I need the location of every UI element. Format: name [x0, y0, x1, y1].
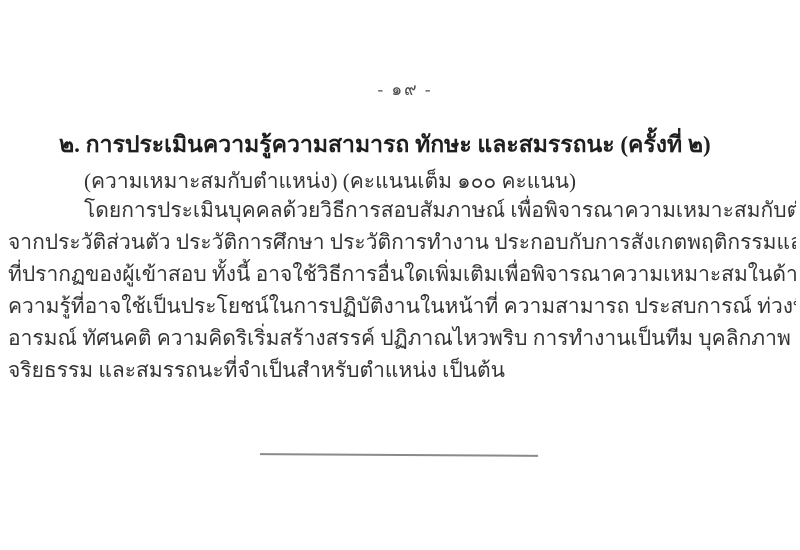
paragraph-line: ความรู้ที่อาจใช้เป็นประโยชน์ในการปฏิบัติ…	[8, 290, 796, 322]
paragraph-line: ที่ปรากฏของผู้เข้าสอบ ทั้งนี้ อาจใช้วิธี…	[8, 258, 796, 290]
body-paragraph: โดยการประเมินบุคคลด้วยวิธีการสอบสัมภาษณ์…	[8, 194, 796, 386]
horizontal-divider	[260, 453, 538, 457]
section-heading: ๒. การประเมินความรู้ความสามารถ ทักษะ และ…	[59, 127, 711, 163]
paragraph-line: จากประวัติส่วนตัว ประวัติการศึกษา ประวัต…	[8, 226, 796, 258]
document-page: - ๑๙ - ๒. การประเมินความรู้ความสามารถ ทั…	[0, 0, 800, 550]
paragraph-line: จริยธรรม และสมรรถนะที่จำเป็นสำหรับตำแหน่…	[8, 354, 796, 386]
paragraph-line: อารมณ์ ทัศนคติ ความคิดริเริ่มสร้างสรรค์ …	[8, 322, 796, 354]
page-number: - ๑๙ -	[0, 76, 800, 103]
paragraph-line: โดยการประเมินบุคคลด้วยวิธีการสอบสัมภาษณ์…	[8, 194, 796, 226]
